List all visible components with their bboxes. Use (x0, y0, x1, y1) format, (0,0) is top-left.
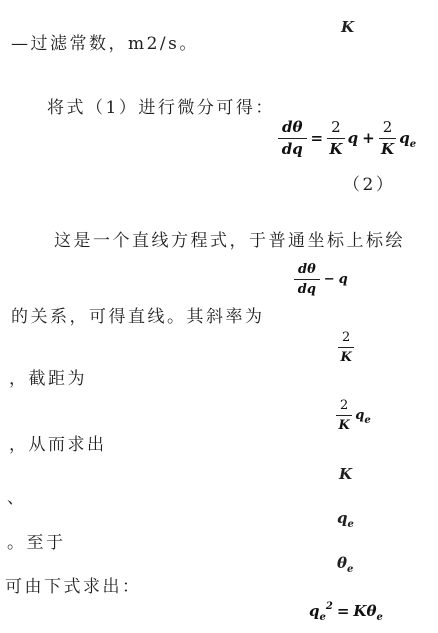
numerator: 2 (327, 119, 345, 139)
fraction-dtheta-dq: dθ dq (294, 262, 320, 296)
variable-q: q (345, 129, 359, 147)
variable-q: q (309, 602, 320, 620)
variable-q: q (355, 408, 364, 423)
filter-constant-line: —过滤常数，m2/s。 (11, 34, 199, 54)
variable-theta: θ (366, 602, 376, 620)
equals-sign: = (307, 129, 328, 147)
slope-expression: 2 K (338, 330, 354, 364)
plus-sign: + (358, 129, 379, 147)
fraction-2-over-k: 2 K (327, 119, 345, 157)
relation-line: 的关系，可得直线。其斜率为 (11, 307, 265, 327)
intercept-label-line: ，截距为 (9, 369, 87, 389)
variable-qe-squared: qe2 (309, 602, 333, 620)
variable-q: q (399, 129, 410, 147)
numerator: dθ (278, 119, 307, 139)
denominator: dq (282, 139, 303, 157)
final-equation: qe2 = K θe (309, 602, 383, 620)
numerator: 2 (379, 119, 397, 139)
equation-2-label: （2） (343, 175, 395, 195)
differentiate-line: 将式（1）进行微分可得： (47, 98, 275, 118)
subscript-e: e (347, 564, 353, 575)
thereby-line: ，从而求出 (9, 435, 107, 455)
denominator: K (329, 139, 342, 157)
denominator: K (381, 139, 394, 157)
math-k-symbol: K (341, 18, 354, 36)
variable-k: K (353, 602, 366, 620)
plot-expression: dθ dq − q (294, 262, 348, 296)
enumeration-mark: 、 (7, 488, 27, 508)
math-k-variable: K (339, 465, 352, 483)
numerator: 2 (336, 398, 352, 416)
subscript-e: e (320, 612, 326, 623)
subscript-e: e (376, 612, 382, 623)
as-for-line: 。至于 (7, 533, 66, 553)
subscript-e: e (348, 519, 354, 530)
math-qe-variable: qe (337, 509, 354, 527)
minus-sign: − (320, 272, 339, 287)
linear-intro-line: 这是一个直线方程式，于普通坐标上标绘 (54, 231, 405, 251)
variable-q: q (339, 272, 348, 287)
denominator: dq (298, 280, 316, 296)
numerator: 2 (338, 330, 354, 348)
equation-2: dθ dq = 2 K q + 2 K qe (278, 119, 416, 157)
intercept-expression: 2 K qe (336, 398, 371, 432)
variable-theta-e: θe (366, 602, 382, 620)
variable-qe: qe (352, 408, 370, 423)
equals-sign: = (333, 602, 354, 620)
superscript-2: 2 (326, 601, 333, 612)
variable-theta: θ (337, 554, 347, 572)
fraction-dtheta-dq: dθ dq (278, 119, 307, 157)
solve-from-line: 可由下式求出： (5, 577, 142, 597)
fraction-2-over-k: 2 K (336, 398, 352, 432)
fraction-2-over-k: 2 K (379, 119, 397, 157)
subscript-e: e (364, 415, 370, 426)
fraction-2-over-k: 2 K (338, 330, 354, 364)
variable-qe: qe (396, 129, 416, 147)
document-page: K —过滤常数，m2/s。 将式（1）进行微分可得： dθ dq = 2 K q… (0, 0, 438, 633)
numerator: dθ (294, 262, 320, 280)
variable-q: q (337, 509, 348, 527)
math-theta-e-variable: θe (337, 554, 353, 572)
subscript-e: e (410, 139, 416, 150)
denominator: K (338, 416, 349, 432)
denominator: K (340, 348, 351, 364)
